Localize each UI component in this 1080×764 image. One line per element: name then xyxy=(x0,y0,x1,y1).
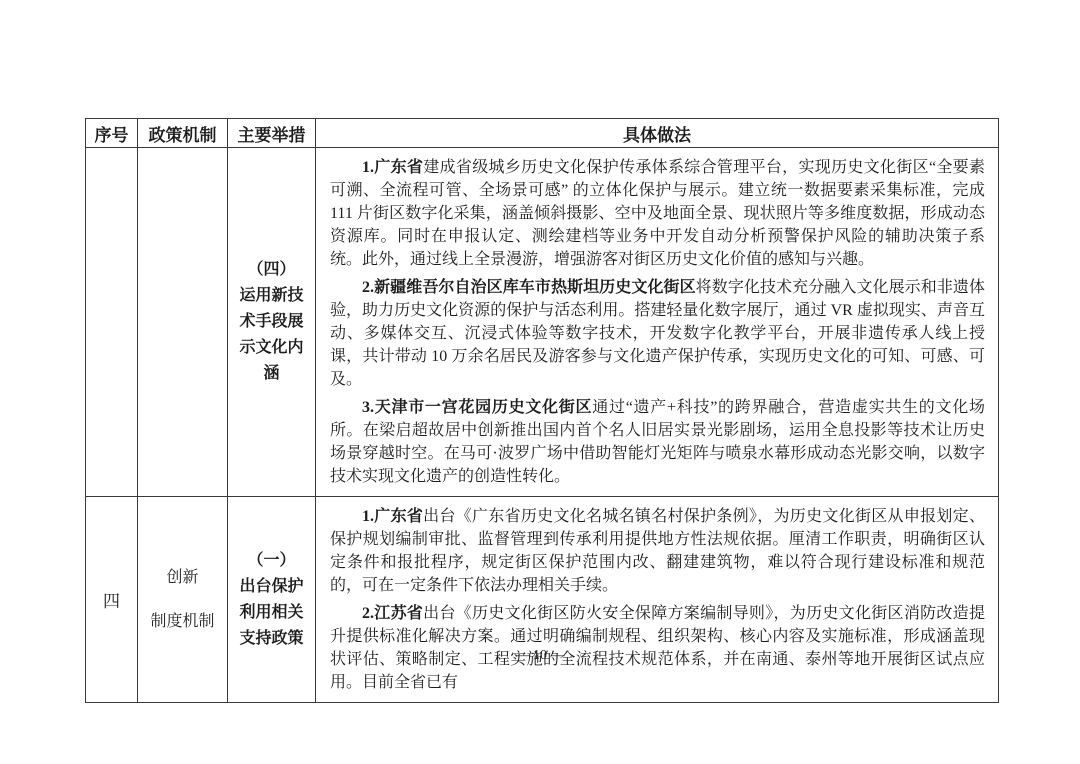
policy-table: 序号 政策机制 主要举措 具体做法 （四） 运用新技 术手段展 示文化内 涵 1… xyxy=(85,118,999,703)
detail-paragraph: 1.广东省建成省级城乡历史文化保护传承体系综合管理平台，实现历史文化街区“全要素… xyxy=(330,156,985,271)
cell-measure: （一） 出台保护 利用相关 支持政策 xyxy=(228,497,316,703)
header-measure: 主要举措 xyxy=(228,119,316,148)
header-mechanism: 政策机制 xyxy=(138,119,228,148)
header-details: 具体做法 xyxy=(316,119,999,148)
cell-mechanism xyxy=(138,148,228,497)
detail-text: 出台《广东省历史文化名城名镇名村保护条例》，为历史文化街区从申报划定、保护规划编… xyxy=(330,508,985,594)
cell-seq: 四 xyxy=(86,497,138,703)
detail-paragraph: 3.天津市一宫花园历史文化街区通过“遗产+科技”的跨界融合，营造虚实共生的文化场… xyxy=(330,396,985,488)
cell-mechanism: 创新 制度机制 xyxy=(138,497,228,703)
detail-paragraph: 1.广东省出台《广东省历史文化名城名镇名村保护条例》，为历史文化街区从申报划定、… xyxy=(330,505,985,597)
detail-lead: 1.广东省 xyxy=(362,508,423,525)
header-seq: 序号 xyxy=(86,119,138,148)
detail-lead: 3.天津市一宫花园历史文化街区 xyxy=(362,399,592,416)
cell-measure: （四） 运用新技 术手段展 示文化内 涵 xyxy=(228,148,316,497)
cell-details: 1.广东省出台《广东省历史文化名城名镇名村保护条例》，为历史文化街区从申报划定、… xyxy=(316,497,999,703)
page-number: — 10 — xyxy=(0,648,1080,664)
detail-text: 建成省级城乡历史文化保护传承体系综合管理平台，实现历史文化街区“全要素可溯、全流… xyxy=(330,159,985,268)
cell-details: 1.广东省建成省级城乡历史文化保护传承体系综合管理平台，实现历史文化街区“全要素… xyxy=(316,148,999,497)
document-page: 序号 政策机制 主要举措 具体做法 （四） 运用新技 术手段展 示文化内 涵 1… xyxy=(0,0,1080,764)
cell-seq xyxy=(86,148,138,497)
table-header-row: 序号 政策机制 主要举措 具体做法 xyxy=(86,119,999,148)
detail-lead: 2.江苏省 xyxy=(362,605,423,622)
detail-paragraph: 2.新疆维吾尔自治区库车市热斯坦历史文化街区将数字化技术充分融入文化展示和非遗体… xyxy=(330,276,985,391)
detail-lead: 2.新疆维吾尔自治区库车市热斯坦历史文化街区 xyxy=(362,279,696,296)
detail-lead: 1.广东省 xyxy=(362,159,423,176)
table-row: （四） 运用新技 术手段展 示文化内 涵 1.广东省建成省级城乡历史文化保护传承… xyxy=(86,148,999,497)
table-row: 四 创新 制度机制 （一） 出台保护 利用相关 支持政策 1.广东省出台《广东省… xyxy=(86,497,999,703)
